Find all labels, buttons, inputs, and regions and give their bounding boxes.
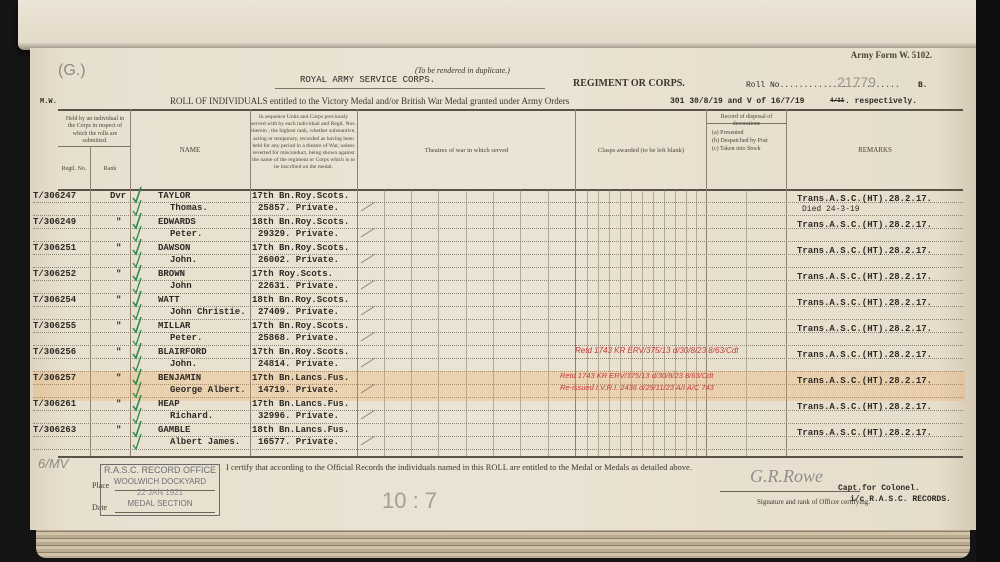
stamp-line-1: R.A.S.C. RECORD OFFICE — [101, 465, 219, 476]
pencil-tick-icon — [360, 408, 376, 420]
grid-line — [598, 190, 599, 456]
header-name: NAME — [130, 147, 250, 154]
col-divider-theatres — [575, 109, 576, 456]
remarks: Trans.A.S.C.(HT).28.2.17. — [797, 324, 932, 334]
header-top-rule — [58, 109, 963, 111]
grid-line — [642, 190, 643, 456]
header-held-by: Held by an individual in the Corps in re… — [62, 116, 128, 146]
roll-suffix: B. — [918, 81, 928, 90]
unit: 18th Bn.Roy.Scots. — [252, 295, 349, 305]
surname: BROWN — [158, 269, 185, 279]
header-clasps: Clasps awarded (to be left blank) — [576, 147, 706, 154]
surname: TAYLOR — [158, 191, 190, 201]
rank: " — [116, 295, 121, 305]
unit-regtl-no-rank: 14719. Private. — [258, 385, 339, 395]
grid-line — [609, 190, 610, 456]
unit-regtl-no-rank: 27409. Private. — [258, 307, 339, 317]
unit-regtl-no-rank: 29329. Private. — [258, 229, 339, 239]
unit: 17th Bn.Lancs.Fus. — [252, 373, 349, 383]
regtl-no: T/306257 — [33, 373, 76, 383]
col-divider-disposal — [786, 109, 787, 456]
pencil-tick-icon — [360, 356, 376, 368]
rank: " — [116, 321, 121, 331]
stamp-date: 22 JAN 1921 — [101, 487, 219, 498]
remarks: Trans.A.S.C.(HT).28.2.17. — [797, 220, 932, 230]
regtl-no: T/306263 — [33, 425, 76, 435]
pencil-tick-icon — [360, 330, 376, 342]
forenames: Peter. — [170, 333, 202, 343]
grid-line — [653, 190, 654, 456]
roll-number: 21779 — [837, 74, 876, 90]
rank: " — [116, 399, 121, 409]
remarks: Trans.A.S.C.(HT).28.2.17. — [797, 246, 932, 256]
surname: WATT — [158, 295, 180, 305]
header-disposal: Record of disposal of decorations — [707, 114, 786, 129]
pencil-tick-icon — [360, 226, 376, 238]
unit-regtl-no-rank: 24814. Private. — [258, 359, 339, 369]
pencil-tick-icon — [360, 434, 376, 446]
unit-regtl-no-rank: 25868. Private. — [258, 333, 339, 343]
row-rule — [33, 293, 963, 294]
remarks: Trans.A.S.C.(HT).28.2.17. — [797, 350, 932, 360]
unit: 17th Bn.Lancs.Fus. — [252, 399, 349, 409]
unit-regtl-no-rank: 26002. Private. — [258, 255, 339, 265]
rank: " — [116, 373, 121, 383]
annotation-benjamin-reissue: Re-issued I.V.R.I. 2436 d/29/11/23 A/I A… — [560, 383, 714, 392]
unit: 18th Bn.Roy.Scots. — [252, 217, 349, 227]
page-stack-edges — [36, 528, 970, 558]
forenames: Thomas. — [170, 203, 208, 213]
forenames: Peter. — [170, 229, 202, 239]
row-rule — [33, 267, 963, 268]
stamp-line-2: WOOLWICH DOCKYARD — [101, 476, 219, 487]
remarks: Trans.A.S.C.(HT).28.2.17. — [797, 402, 932, 412]
grid-line — [411, 190, 412, 456]
unit: 17th Bn.Roy.Scots. — [252, 243, 349, 253]
header-remarks: REMARKS — [787, 147, 963, 154]
unit: 17th Bn.Roy.Scots. — [252, 347, 349, 357]
struck-text: 4/11 — [830, 97, 844, 104]
corps-underline — [275, 88, 545, 89]
disposal-option-c: (c) Taken into Stock — [712, 146, 786, 153]
grid-line — [548, 190, 549, 456]
pencil-tick-icon — [360, 200, 376, 212]
check-icon — [132, 433, 142, 451]
duplicate-note: (To be rendered in duplicate.) — [415, 66, 510, 75]
grid-line — [631, 190, 632, 456]
col-divider-clasps — [706, 109, 707, 456]
regiment-label: REGIMENT OR CORPS. — [573, 78, 685, 89]
book-spine — [976, 0, 1000, 562]
regtl-no: T/306255 — [33, 321, 76, 331]
regtl-no: T/306252 — [33, 269, 76, 279]
grid-line — [675, 190, 676, 456]
unit-regtl-no-rank: 25857. Private. — [258, 203, 339, 213]
surname: EDWARDS — [158, 217, 196, 227]
remarks: Trans.A.S.C.(HT).28.2.17. — [797, 298, 932, 308]
record-office-stamp: R.A.S.C. RECORD OFFICE WOOLWICH DOCKYARD… — [100, 464, 220, 516]
header-theatres: Theatres of war in which served — [358, 147, 575, 154]
forenames: John. — [170, 255, 197, 265]
regtl-no: T/306251 — [33, 243, 76, 253]
rank: " — [116, 269, 121, 279]
regtl-no: T/306256 — [33, 347, 76, 357]
unit-regtl-no-rank: 16577. Private. — [258, 437, 339, 447]
header-rank: Rank — [90, 166, 130, 173]
grid-line — [664, 190, 665, 456]
surname: DAWSON — [158, 243, 190, 253]
signer-rank: Capt.for Colonel. — [838, 484, 920, 493]
row-rule — [33, 319, 963, 320]
unit-regtl-no-rank: 32996. Private. — [258, 411, 339, 421]
forenames: Albert James. — [170, 437, 240, 447]
regtl-no: T/306254 — [33, 295, 76, 305]
header-regtl-no: Regtl. No. — [58, 166, 90, 173]
disposal-option-a: (a) Presented — [712, 130, 786, 137]
annotation-benjamin: Retd 1743 KR ERV/375/13 d/30/8/23 8/63/C… — [560, 371, 713, 380]
unit: 17th Bn.Roy.Scots. — [252, 191, 349, 201]
grid-line — [520, 190, 521, 456]
rank: " — [116, 217, 121, 227]
row-rule — [33, 215, 963, 216]
surname: MILLAR — [158, 321, 190, 331]
remarks: Trans.A.S.C.(HT).28.2.17. — [797, 376, 932, 386]
previous-page-edge — [18, 0, 983, 50]
roll-page: Army Form W. 5102. (G.) (To be rendered … — [30, 48, 976, 530]
grid-line — [493, 190, 494, 456]
regtl-no: T/306249 — [33, 217, 76, 227]
regtl-no: T/306261 — [33, 399, 76, 409]
held-by-divider — [58, 146, 130, 147]
regtl-no: T/306247 — [33, 191, 76, 201]
row-rule — [33, 345, 963, 346]
remarks-died: Died 24-3-19 — [802, 205, 860, 214]
army-orders: 301 30/8/19 and V of 16/7/19 — [670, 97, 804, 106]
col-divider-rank — [130, 109, 131, 456]
forenames: George Albert. — [170, 385, 246, 395]
row-rule — [33, 241, 963, 242]
grid-line — [466, 190, 467, 456]
remarks: Trans.A.S.C.(HT).28.2.17. — [797, 272, 932, 282]
form-number: Army Form W. 5102. — [851, 50, 932, 60]
remarks: Trans.A.S.C.(HT).28.2.17. — [797, 428, 932, 438]
grid-line — [438, 190, 439, 456]
pencil-tick-icon — [360, 252, 376, 264]
pencil-corner-mark: (G.) — [58, 62, 86, 80]
pencil-tick-icon — [360, 304, 376, 316]
grid-line — [696, 190, 697, 456]
row-rule — [33, 449, 963, 450]
surname: BLAIRFORD — [158, 347, 207, 357]
roll-label: Roll No......................... — [746, 81, 900, 90]
pencil-tick-icon — [360, 278, 376, 290]
header-units: In sequence Units and Corps previously s… — [251, 114, 356, 172]
disposal-option-b: (b) Despatched by Post — [712, 138, 786, 145]
signer-office: i/c R.A.S.C. RECORDS. — [850, 495, 951, 504]
col-divider-units — [357, 109, 358, 456]
grid-line — [620, 190, 621, 456]
grid-line — [686, 190, 687, 456]
certification-text: I certify that according to the Official… — [226, 462, 692, 472]
unit: 17th Roy.Scots. — [252, 269, 333, 279]
roll-title: ROLL OF INDIVIDUALS entitled to the Vict… — [170, 96, 569, 106]
forenames: Richard. — [170, 411, 213, 421]
grid-line — [587, 190, 588, 456]
annotation-blairford: Retd 1743 KR ERV/375/13 d/30/8/23 8/63/C… — [575, 346, 739, 355]
forenames: John. — [170, 359, 197, 369]
table-bottom-rule — [58, 456, 963, 458]
corps-name: ROYAL ARMY SERVICE CORPS. — [300, 75, 435, 85]
orders-end: . respectively. — [845, 97, 917, 106]
header-bottom-rule — [58, 189, 963, 191]
pencil-count: 10 : 7 — [382, 488, 437, 514]
remarks: Trans.A.S.C.(HT).28.2.17. — [797, 194, 932, 204]
surname: HEAP — [158, 399, 180, 409]
pencil-initials: 6/MV — [38, 456, 68, 471]
rank: " — [116, 425, 121, 435]
unit: 17th Bn.Roy.Scots. — [252, 321, 349, 331]
rank: Dvr — [110, 191, 126, 201]
surname: GAMBLE — [158, 425, 190, 435]
grid-line — [384, 190, 385, 456]
mw-mark: M.W. — [40, 98, 57, 106]
forenames: John Christie. — [170, 307, 246, 317]
row-rule — [33, 423, 963, 424]
rank: " — [116, 243, 121, 253]
signature: G.R.Rowe — [750, 466, 823, 487]
forenames: John — [170, 281, 192, 291]
unit-regtl-no-rank: 22631. Private. — [258, 281, 339, 291]
pencil-tick-icon — [360, 382, 376, 394]
rank: " — [116, 347, 121, 357]
surname: BENJAMIN — [158, 373, 201, 383]
grid-line — [746, 190, 747, 456]
unit: 18th Bn.Lancs.Fus. — [252, 425, 349, 435]
stamp-line-4: MEDAL SECTION — [101, 498, 219, 509]
